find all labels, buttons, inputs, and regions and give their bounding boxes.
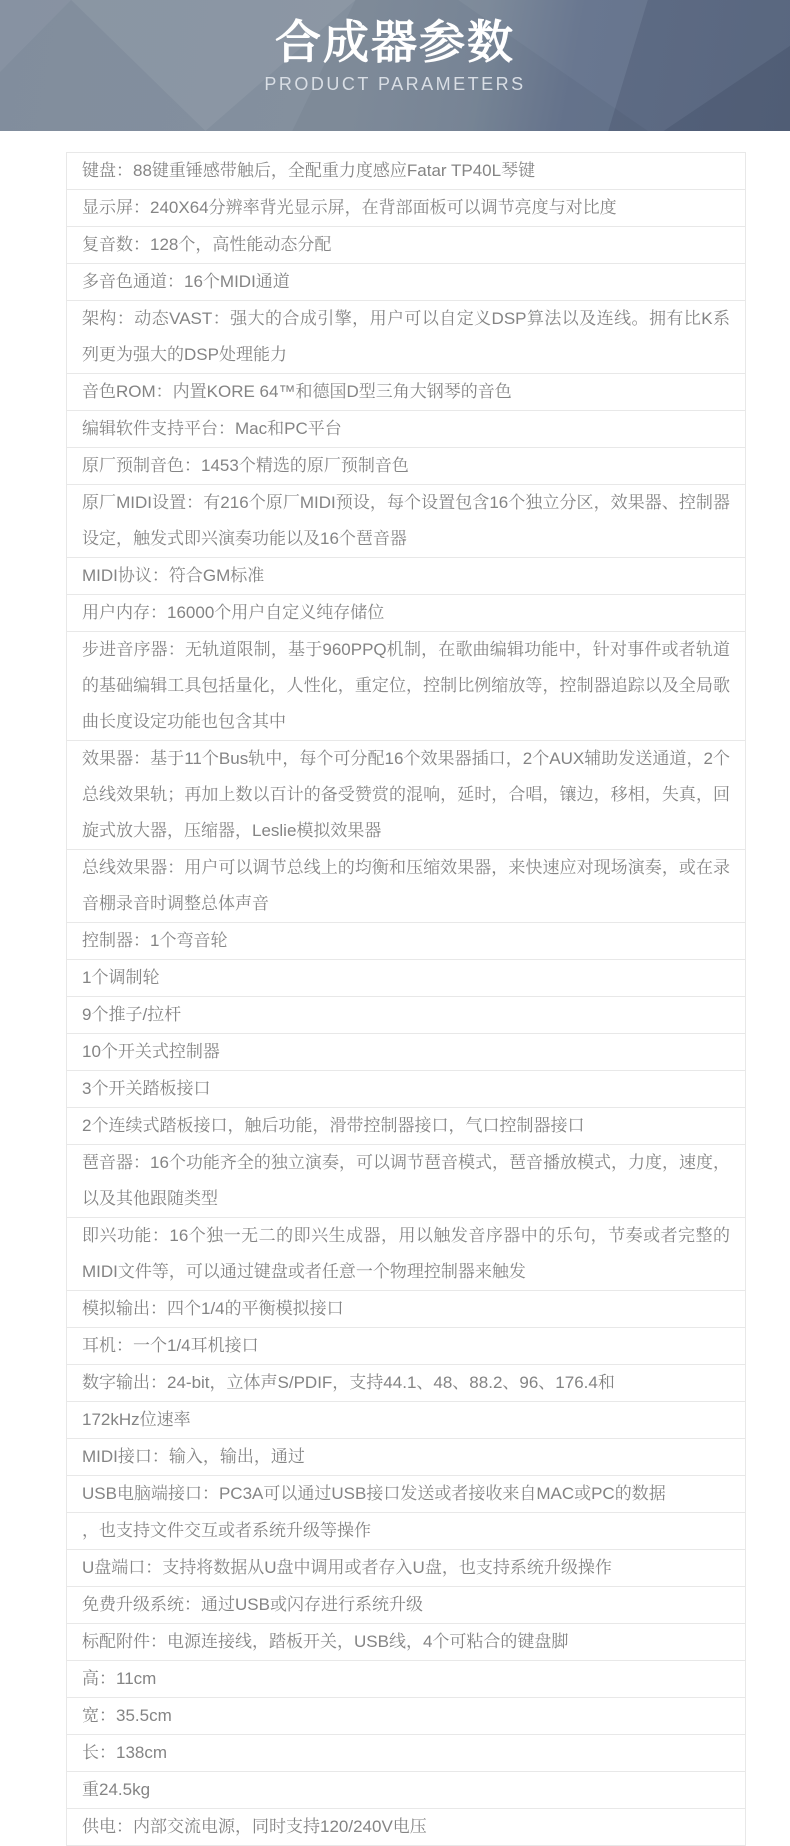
spec-row: 音色ROM：内置KORE 64™和德国D型三角大钢琴的音色 — [67, 373, 745, 410]
spec-row: 总线效果器：用户可以调节总线上的均衡和压缩效果器，来快速应对现场演奏，或在录音棚… — [67, 849, 745, 922]
spec-row: 长：138cm — [67, 1734, 745, 1771]
spec-row: 多音色通道：16个MIDI通道 — [67, 263, 745, 300]
spec-row: 172kHz位速率 — [67, 1401, 745, 1438]
spec-row: 键盘：88键重锤感带触后，全配重力度感应Fatar TP40L琴键 — [67, 153, 745, 189]
spec-row: USB电脑端接口：PC3A可以通过USB接口发送或者接收来自MAC或PC的数据 — [67, 1475, 745, 1512]
spec-row: 步进音序器：无轨道限制，基于960PPQ机制，在歌曲编辑功能中，针对事件或者轨道… — [67, 631, 745, 740]
spec-row: MIDI协议：符合GM标准 — [67, 557, 745, 594]
product-parameters-page: 合成器参数 PRODUCT PARAMETERS 键盘：88键重锤感带触后，全配… — [0, 0, 790, 1846]
spec-row: 标配附件：电源连接线，踏板开关，USB线，4个可粘合的键盘脚 — [67, 1623, 745, 1660]
spec-row: 宽：35.5cm — [67, 1697, 745, 1734]
spec-row: ，也支持文件交互或者系统升级等操作 — [67, 1512, 745, 1549]
spec-row: 控制器：1个弯音轮 — [67, 922, 745, 959]
spec-row: 重24.5kg — [67, 1771, 745, 1808]
spec-row: 3个开关踏板接口 — [67, 1070, 745, 1107]
spec-row: 效果器：基于11个Bus轨中，每个可分配16个效果器插口，2个AUX辅助发送通道… — [67, 740, 745, 849]
spec-row: 免费升级系统：通过USB或闪存进行系统升级 — [67, 1586, 745, 1623]
spec-row: 高：11cm — [67, 1660, 745, 1697]
spec-row: 数字输出：24-bit，立体声S/PDIF，支持44.1、48、88.2、96、… — [67, 1364, 745, 1401]
spec-row: 即兴功能：16个独一无二的即兴生成器，用以触发音序器中的乐句，节奏或者完整的MI… — [67, 1217, 745, 1290]
spec-row: 原厂MIDI设置：有216个原厂MIDI预设，每个设置包含16个独立分区，效果器… — [67, 484, 745, 557]
spec-row: 架构：动态VAST：强大的合成引擎，用户可以自定义DSP算法以及连线。拥有比K系… — [67, 300, 745, 373]
spec-row: 1个调制轮 — [67, 959, 745, 996]
spec-row: 编辑软件支持平台：Mac和PC平台 — [67, 410, 745, 447]
banner-content: 合成器参数 PRODUCT PARAMETERS — [0, 0, 790, 131]
spec-row: U盘端口：支持将数据从U盘中调用或者存入U盘，也支持系统升级操作 — [67, 1549, 745, 1586]
spec-row: MIDI接口：输入，输出，通过 — [67, 1438, 745, 1475]
page-title: 合成器参数 — [275, 17, 515, 67]
spec-table: 键盘：88键重锤感带触后，全配重力度感应Fatar TP40L琴键显示屏：240… — [66, 152, 746, 1846]
page-subtitle: PRODUCT PARAMETERS — [264, 73, 525, 95]
spec-row: 用户内存：16000个用户自定义纯存储位 — [67, 594, 745, 631]
spec-row: 9个推子/拉杆 — [67, 996, 745, 1033]
spec-row: 复音数：128个，高性能动态分配 — [67, 226, 745, 263]
spec-row: 供电：内部交流电源，同时支持120/240V电压 — [67, 1808, 745, 1845]
spec-row: 10个开关式控制器 — [67, 1033, 745, 1070]
spec-row: 显示屏：240X64分辨率背光显示屏，在背部面板可以调节亮度与对比度 — [67, 189, 745, 226]
spec-row: 琶音器：16个功能齐全的独立演奏，可以调节琶音模式，琶音播放模式，力度，速度，以… — [67, 1144, 745, 1217]
spec-row: 模拟输出：四个1/4的平衡模拟接口 — [67, 1290, 745, 1327]
spec-row: 耳机：一个1/4耳机接口 — [67, 1327, 745, 1364]
header-banner: 合成器参数 PRODUCT PARAMETERS — [0, 0, 790, 131]
spec-row: 原厂预制音色：1453个精选的原厂预制音色 — [67, 447, 745, 484]
spec-row: 2个连续式踏板接口，触后功能，滑带控制器接口，气口控制器接口 — [67, 1107, 745, 1144]
